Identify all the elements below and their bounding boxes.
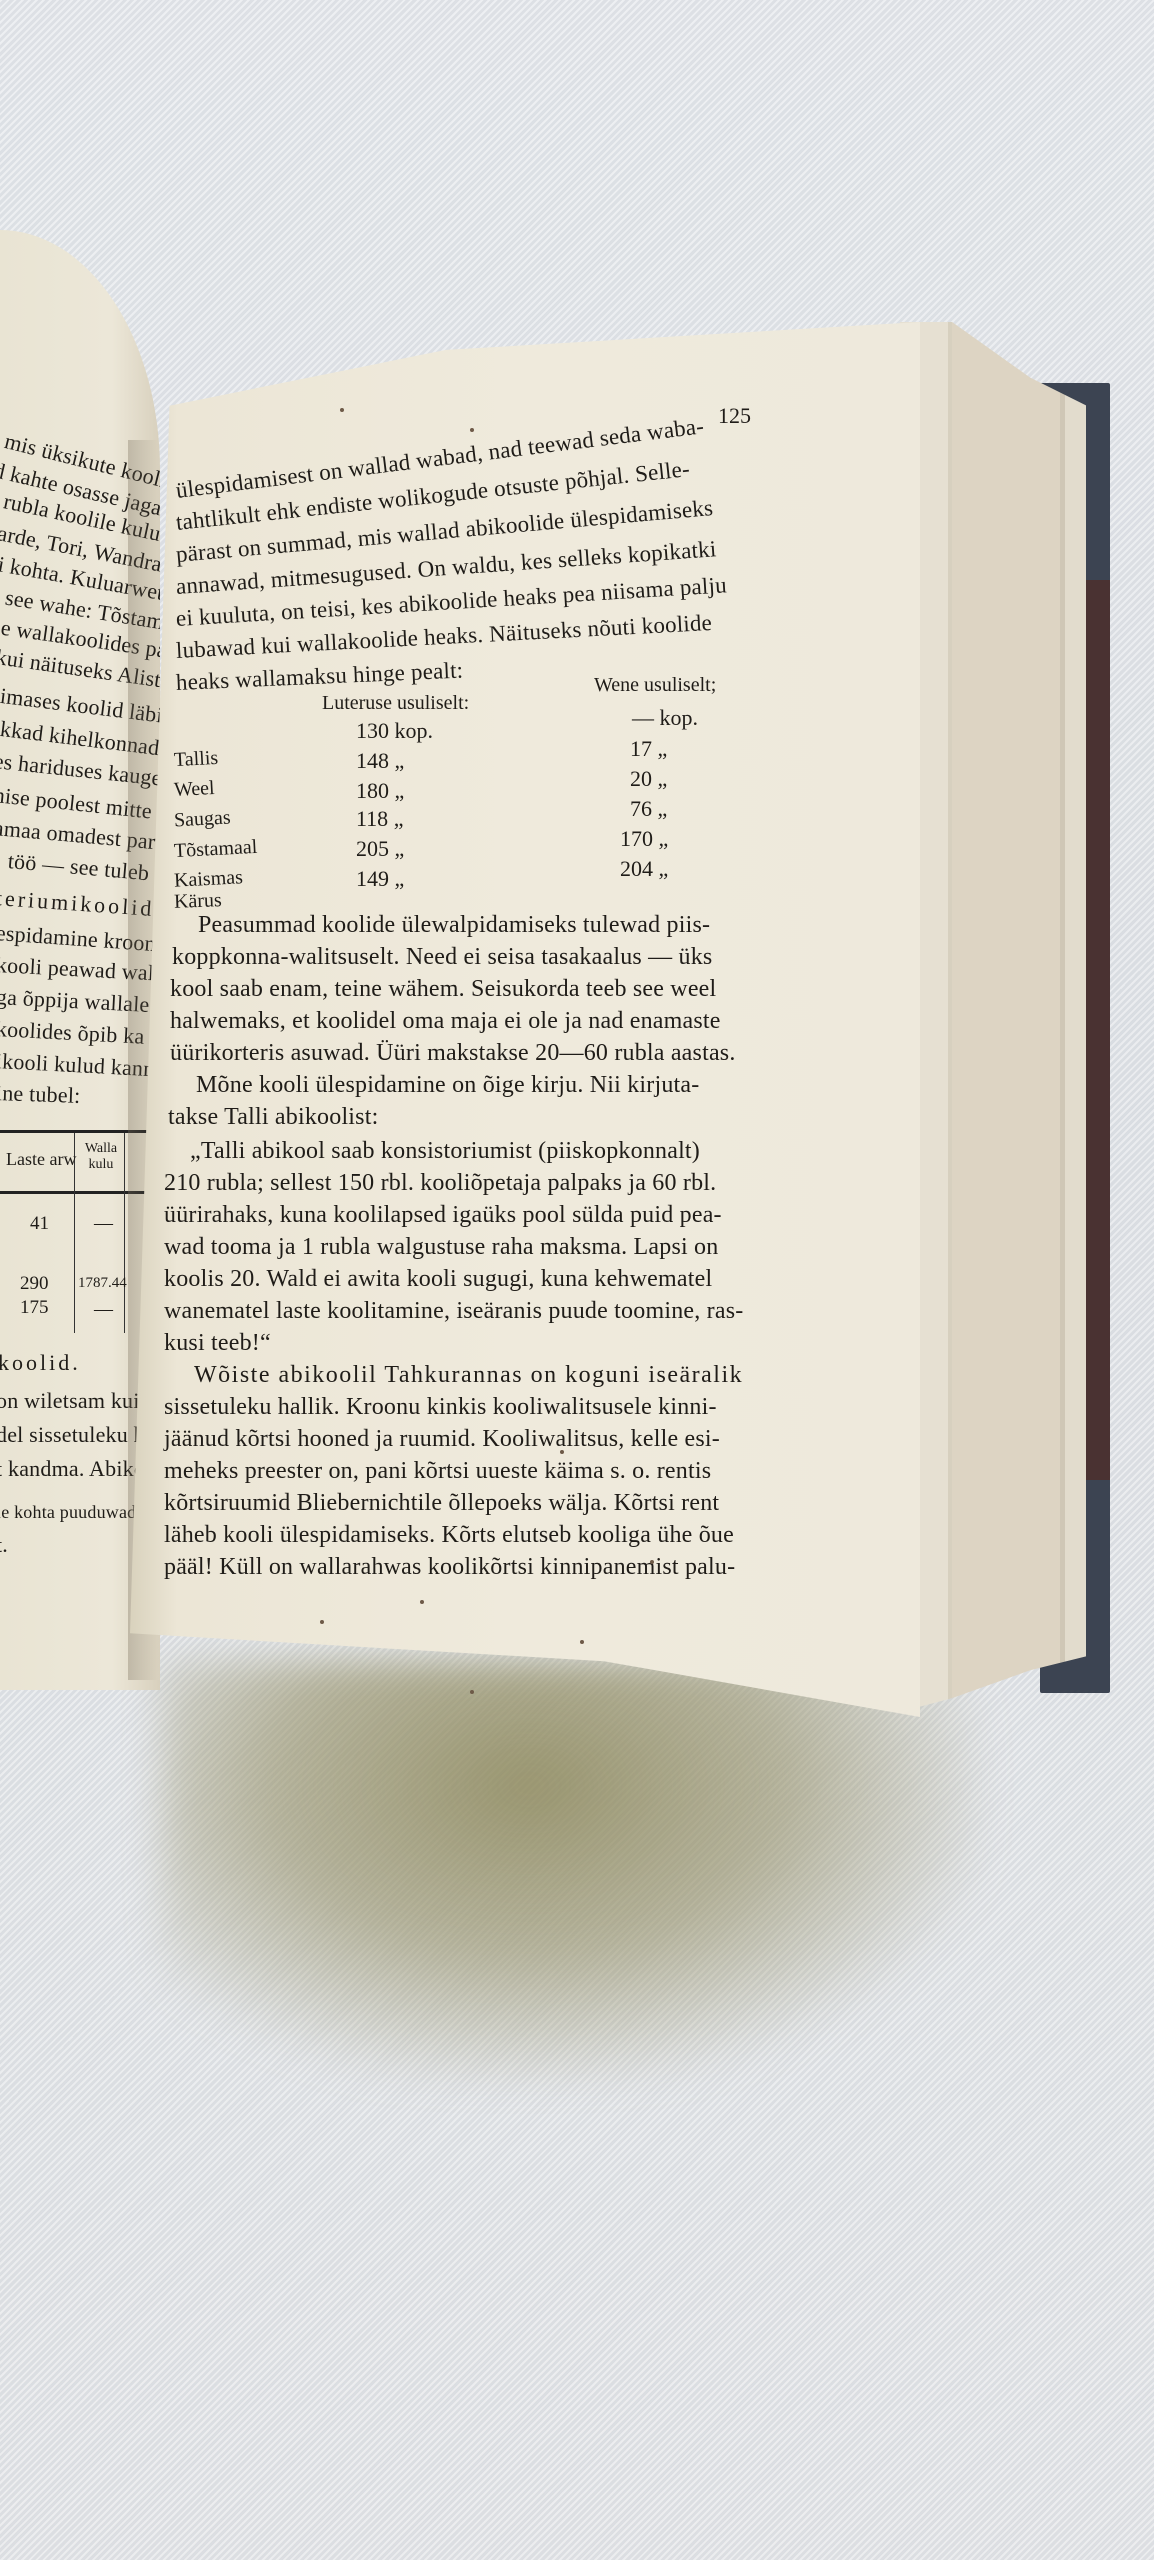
table-cell: 149 „ bbox=[356, 866, 404, 892]
paper-speck bbox=[420, 1600, 424, 1604]
paper-speck bbox=[650, 1560, 654, 1564]
table-cell: 148 „ bbox=[356, 748, 404, 774]
quote-line: „Talli abikool saab konsistoriumist (pii… bbox=[190, 1138, 700, 1165]
text-line: üürikorteris asuwad. Üüri makstakse 20—6… bbox=[170, 1040, 736, 1067]
table-cell: 290 bbox=[20, 1273, 49, 1295]
text-line: koppkonna-walitsuselt. Need ei seisa tas… bbox=[172, 944, 712, 971]
text-line: Wõiste abikoolil Tahkurannas on koguni i… bbox=[194, 1362, 743, 1389]
text-line: takse Talli abikoolist: bbox=[168, 1104, 378, 1131]
paper-speck bbox=[320, 1620, 324, 1624]
quote-line: wanematel laste koolitamine, iseäranis p… bbox=[164, 1298, 743, 1325]
column-header-orthodox: Wene usuliselt; bbox=[594, 674, 716, 697]
text-line: jäänud kõrtsi hooned ja ruumid. Kooliwal… bbox=[164, 1426, 720, 1453]
quote-line: üürirahaks, kuna koolilapsed igaüks pool… bbox=[164, 1202, 722, 1229]
table-cell: 118 „ bbox=[356, 806, 403, 832]
table-header: Laste arw bbox=[6, 1149, 76, 1170]
paper-speck bbox=[560, 1450, 564, 1454]
text-line: meheks preester on, pani kõrtsi uueste k… bbox=[164, 1458, 711, 1485]
parish-name: Kärus bbox=[174, 889, 223, 914]
table-cell: 175 bbox=[20, 1297, 49, 1319]
column-header-lutheran: Luteruse usuliselt: bbox=[322, 692, 469, 715]
parish-name: Tõstamaal bbox=[173, 836, 257, 863]
text-line: sissetuleku hallik. Kroonu kinkis kooliw… bbox=[164, 1394, 717, 1421]
text-line: ine tubel: bbox=[0, 1080, 81, 1109]
quote-line: kusi teeb!“ bbox=[164, 1330, 271, 1357]
table-cell: 204 „ bbox=[620, 856, 668, 882]
table-cell: 170 „ bbox=[620, 826, 668, 852]
text-line: pääl! Küll on wallarahwas koolikõrtsi ki… bbox=[164, 1554, 735, 1581]
table-cell: 76 „ bbox=[630, 796, 667, 822]
table-cell: 130 kop. bbox=[356, 718, 433, 744]
table-cell: 41 bbox=[30, 1213, 49, 1235]
quote-line: wad tooma ja 1 rubla walgustuse raha mak… bbox=[164, 1234, 718, 1261]
text-line: läheb kooli ülespidamiseks. Kõrts elutse… bbox=[164, 1522, 734, 1549]
paper-speck bbox=[340, 408, 344, 412]
text-line: kool saab enam, teine wähem. Seisukorda … bbox=[170, 976, 716, 1003]
parish-name: Weel bbox=[173, 777, 215, 802]
paper-speck bbox=[470, 1690, 474, 1694]
table-header: Walla kulu bbox=[80, 1141, 122, 1173]
text-line: t. bbox=[0, 1532, 8, 1558]
text-line: Mõne kooli ülespidamine on õige kirju. N… bbox=[196, 1072, 699, 1099]
table-column-rule bbox=[124, 1133, 125, 1333]
text-line: Peasummad koolide ülewalpidamiseks tulew… bbox=[198, 912, 710, 939]
table-cell: — bbox=[94, 1299, 113, 1321]
quote-line: 210 rubla; sellest 150 rbl. kooliõpetaja… bbox=[164, 1170, 716, 1197]
parish-name: Saugas bbox=[173, 807, 231, 833]
table-cell: — kop. bbox=[632, 705, 698, 731]
page-edges bbox=[900, 322, 1086, 1712]
table-cell: 1787.44 bbox=[78, 1275, 127, 1292]
page-number: 125 bbox=[718, 403, 751, 429]
paper-speck bbox=[470, 428, 474, 432]
table-cell: 20 „ bbox=[630, 766, 667, 792]
section-heading: koolid. bbox=[0, 1350, 81, 1376]
text-line: kõrtsiruumid Bliebernichtile õllepoeks w… bbox=[164, 1490, 719, 1517]
table-cell: 180 „ bbox=[356, 778, 404, 804]
table-cell: 205 „ bbox=[356, 836, 404, 862]
table-cell: — bbox=[94, 1213, 113, 1235]
text-line: halwemaks, et koolidel oma maja ei ole j… bbox=[170, 1008, 721, 1035]
parish-name: Tallis bbox=[173, 747, 218, 772]
quote-line: koolis 20. Wald ei awita kooli sugugi, k… bbox=[164, 1266, 712, 1293]
paper-speck bbox=[580, 1640, 584, 1644]
table-cell: 17 „ bbox=[630, 736, 667, 762]
book-shadow bbox=[160, 1660, 980, 2080]
